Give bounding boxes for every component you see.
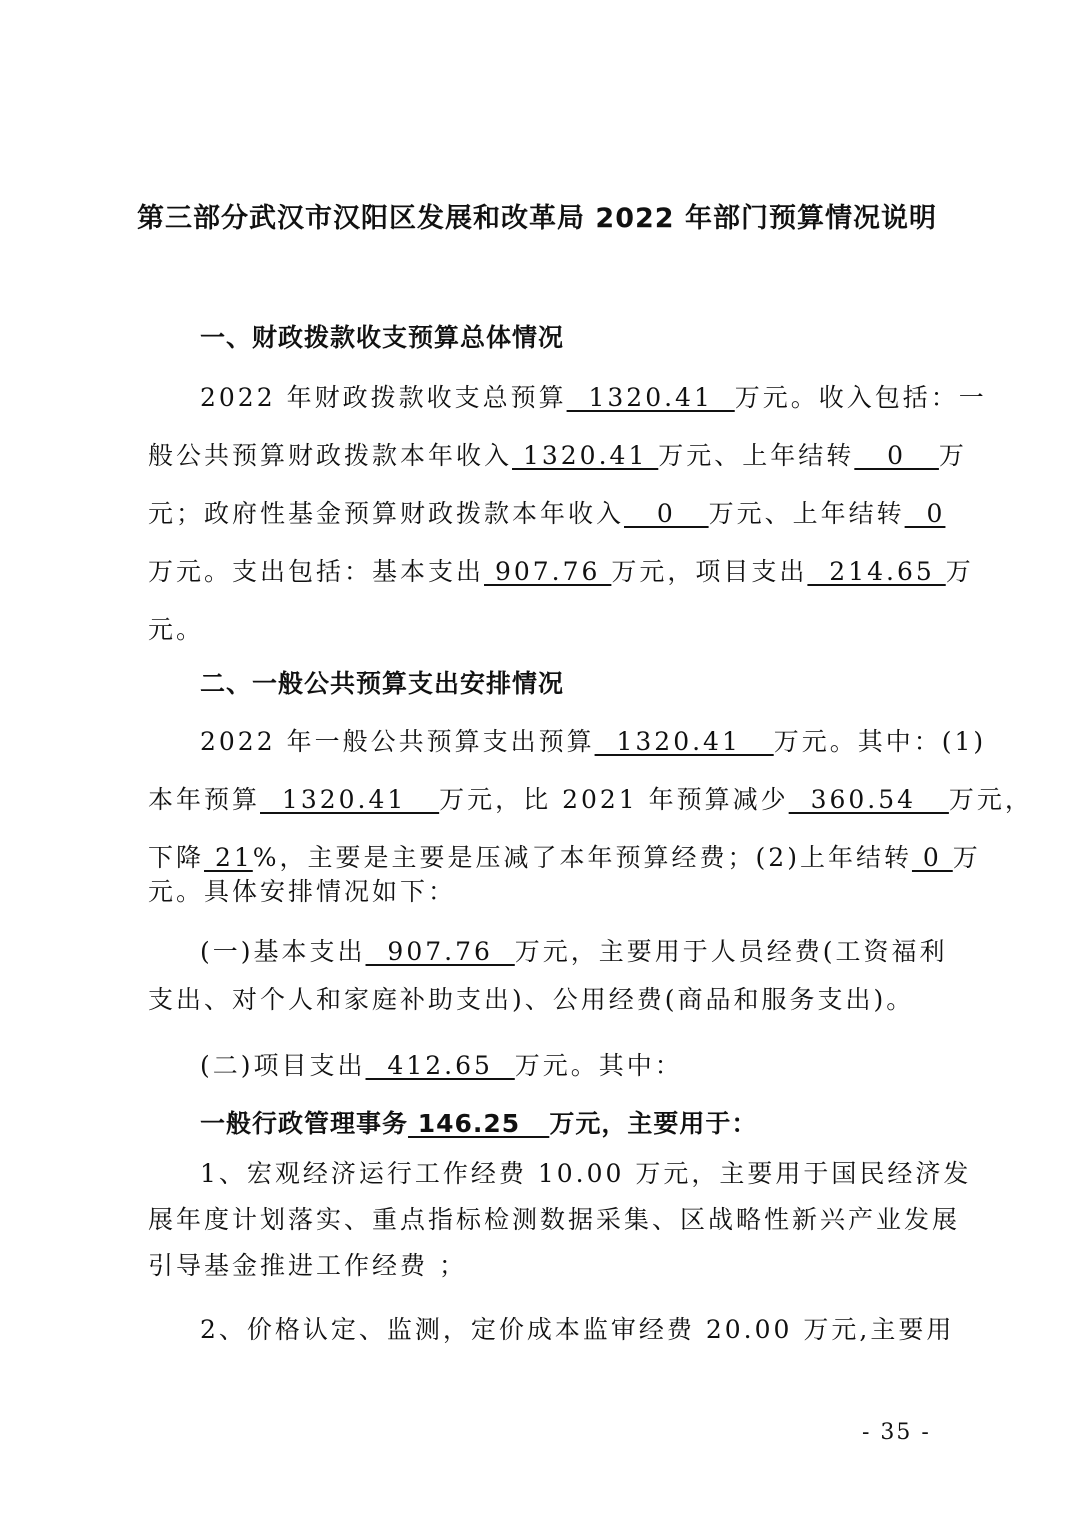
paragraph-line: 展年度计划落实、重点指标检测数据采集、区战略性新兴产业发展 xyxy=(148,1200,948,1240)
text: 般公共预算财政拨款本年收入 xyxy=(148,441,512,470)
text: 万元、上年结转 xyxy=(709,499,905,528)
paragraph-line: 支出、对个人和家庭补助支出)、公用经费(商品和服务支出)。 xyxy=(148,980,948,1020)
text: 2022 年一般公共预算支出预算 xyxy=(200,727,595,756)
text: 万元。其中：(1) xyxy=(774,727,986,756)
page-number: - 35 - xyxy=(862,1420,931,1445)
text: 万元，主要用于： xyxy=(549,1109,757,1138)
text: 2022 年财政拨款收支总预算 xyxy=(200,383,567,412)
paragraph-line: 万元。支出包括：基本支出 907.76 万元，项目支出 214.65 万 xyxy=(148,552,948,592)
text: 万 xyxy=(939,441,967,470)
text: 万元，项目支出 xyxy=(611,557,807,586)
paragraph-line: 1、宏观经济运行工作经费 10.00 万元，主要用于国民经济发 xyxy=(200,1154,1000,1194)
text: 万元。其中： xyxy=(515,1051,683,1080)
text: 万 xyxy=(953,843,981,872)
paragraph-line: 元；政府性基金预算财政拨款本年收入 0 万元、上年结转 0 xyxy=(148,494,948,534)
paragraph-line: 2、价格认定、监测，定价成本监审经费 20.00 万元,主要用 xyxy=(200,1310,1000,1350)
subheading: 一般行政管理事务 146.25 万元，主要用于： xyxy=(200,1104,1000,1144)
underlined-value: 412.65 xyxy=(366,1051,515,1080)
text: 万元，主要用于人员经费(工资福利 xyxy=(515,937,948,966)
text: (一)基本支出 xyxy=(200,937,366,966)
text: 本年预算 xyxy=(148,785,260,814)
text: 万 xyxy=(946,557,974,586)
underlined-value: 0 xyxy=(912,843,953,872)
underlined-value: 907.76 xyxy=(366,937,515,966)
text: 万元、上年结转 xyxy=(658,441,854,470)
text: %，主要是主要是压减了本年预算经费；(2)上年结转 xyxy=(253,843,912,872)
text: 下降 xyxy=(148,843,204,872)
text: 万元， xyxy=(949,785,1033,814)
paragraph-line: 引导基金推进工作经费 ； xyxy=(148,1246,948,1286)
section-1-heading: 一、财政拨款收支预算总体情况 xyxy=(200,318,1000,358)
text: 一般行政管理事务 xyxy=(200,1109,408,1138)
underlined-value: 146.25 xyxy=(408,1109,549,1138)
document-title: 第三部分武汉市汉阳区发展和改革局 2022 年部门预算情况说明 xyxy=(0,196,1074,235)
paragraph-line: 本年预算 1320.41 万元，比 2021 年预算减少 360.54 万元， xyxy=(148,780,948,820)
paragraph-line: 2022 年一般公共预算支出预算 1320.41 万元。其中：(1) xyxy=(200,722,1000,762)
underlined-value: 0 xyxy=(854,441,939,470)
paragraph-line: 元。具体安排情况如下： xyxy=(148,872,948,912)
paragraph-line: 元。 xyxy=(148,610,948,650)
underlined-value: 360.54 xyxy=(789,785,949,814)
text: 万元。收入包括：一 xyxy=(735,383,987,412)
text: (二)项目支出 xyxy=(200,1051,366,1080)
underlined-value: 0 xyxy=(905,499,946,528)
paragraph-line: 2022 年财政拨款收支总预算 1320.41 万元。收入包括：一 xyxy=(200,378,1000,418)
underlined-value: 21 xyxy=(204,843,253,872)
underlined-value: 1320.41 xyxy=(512,441,658,470)
paragraph-line: 般公共预算财政拨款本年收入 1320.41 万元、上年结转 0 万 xyxy=(148,436,948,476)
paragraph-line: (二)项目支出 412.65 万元。其中： xyxy=(200,1046,1000,1086)
underlined-value: 214.65 xyxy=(807,557,945,586)
document-page: 第三部分武汉市汉阳区发展和改革局 2022 年部门预算情况说明 一、财政拨款收支… xyxy=(0,0,1074,1520)
paragraph-line: (一)基本支出 907.76 万元，主要用于人员经费(工资福利 xyxy=(200,932,1000,972)
underlined-value: 0 xyxy=(624,499,709,528)
text: 万元，比 2021 年预算减少 xyxy=(439,785,789,814)
underlined-value: 1320.41 xyxy=(567,383,735,412)
text: 元；政府性基金预算财政拨款本年收入 xyxy=(148,499,624,528)
underlined-value: 1320.41 xyxy=(595,727,774,756)
underlined-value: 907.76 xyxy=(484,557,611,586)
underlined-value: 1320.41 xyxy=(260,785,439,814)
text: 万元。支出包括：基本支出 xyxy=(148,557,484,586)
section-2-heading: 二、一般公共预算支出安排情况 xyxy=(200,664,1000,704)
